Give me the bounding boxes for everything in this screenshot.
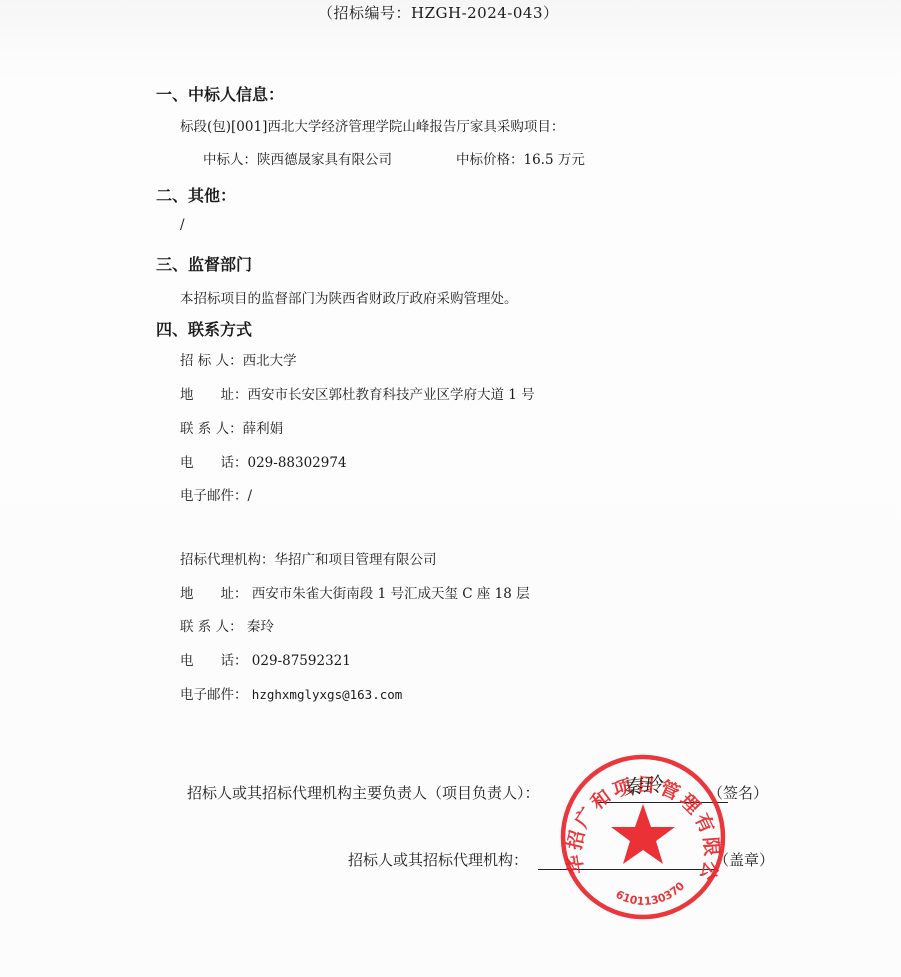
agency-address-label: 地 址： bbox=[180, 586, 248, 602]
tenderer-address-row: 地 址：西安市长安区郭杜教育科技产业区学府大道 1 号 bbox=[180, 383, 535, 403]
winner-value: 陕西德晟家具有限公司 bbox=[257, 152, 392, 168]
seal-label: 招标人或其招标代理机构： bbox=[348, 849, 528, 870]
tenderer-name-value: 西北大学 bbox=[243, 353, 297, 369]
other-content: / bbox=[180, 217, 185, 233]
tenderer-phone-label: 电 话： bbox=[180, 455, 248, 471]
tenderer-address-label: 地 址： bbox=[180, 387, 248, 403]
tenderer-address-value: 西安市长安区郭杜教育科技产业区学府大道 1 号 bbox=[248, 387, 535, 403]
agency-email-row: 电子邮件： hzghxmglyxgs@163.com bbox=[180, 683, 402, 703]
winner-row: 中标人：陕西德晟家具有限公司 bbox=[203, 148, 392, 168]
price-row: 中标价格：16.5 万元 bbox=[456, 148, 585, 168]
tenderer-email-value: / bbox=[248, 488, 253, 504]
section-heading-winner-info: 一、中标人信息： bbox=[156, 82, 284, 105]
tenderer-email-label: 电子邮件： bbox=[180, 488, 248, 504]
agency-phone-value: 029-87592321 bbox=[252, 653, 351, 669]
tenderer-phone-row: 电 话：029-88302974 bbox=[180, 451, 347, 471]
responsible-label: 招标人或其招标代理机构主要负责人（项目负责人）： bbox=[187, 782, 540, 803]
tenderer-contact-row: 联 系 人：薛利娟 bbox=[180, 417, 283, 437]
tenderer-contact-value: 薛利娟 bbox=[243, 421, 284, 437]
price-value: 16.5 万元 bbox=[524, 152, 585, 168]
agency-phone-row: 电 话： 029-87592321 bbox=[180, 649, 351, 669]
agency-contact-row: 联 系 人： 秦玲 bbox=[180, 615, 274, 635]
supervision-content: 本招标项目的监督部门为陕西省财政厅政府采购管理处。 bbox=[180, 287, 518, 307]
svg-text:6101130370: 6101130370 bbox=[614, 879, 688, 908]
winner-label: 中标人： bbox=[203, 152, 257, 168]
agency-name-label: 招标代理机构： bbox=[180, 552, 275, 568]
agency-email-label: 电子邮件： bbox=[180, 687, 248, 703]
agency-name-row: 招标代理机构：华招广和项目管理有限公司 bbox=[180, 548, 437, 568]
star-icon bbox=[611, 804, 675, 864]
tender-number: （招标编号：HZGH-2024-043） bbox=[318, 2, 559, 23]
handwritten-signature: 秦玲 bbox=[621, 768, 664, 801]
agency-contact-value: 秦玲 bbox=[247, 619, 274, 635]
agency-address-value: 西安市朱雀大街南段 1 号汇成天玺 C 座 18 层 bbox=[252, 586, 530, 602]
tenderer-name-row: 招 标 人：西北大学 bbox=[180, 349, 297, 369]
lot-line: 标段(包)[001]西北大学经济管理学院山峰报告厅家具采购项目： bbox=[180, 115, 564, 135]
tenderer-contact-label: 联 系 人： bbox=[180, 421, 243, 437]
tenderer-phone-value: 029-88302974 bbox=[248, 455, 347, 471]
price-label: 中标价格： bbox=[456, 152, 524, 168]
document-page: （招标编号：HZGH-2024-043） 一、中标人信息： 标段(包)[001]… bbox=[0, 0, 901, 977]
agency-email-value: hzghxmglyxgs@163.com bbox=[252, 687, 403, 702]
tenderer-email-row: 电子邮件：/ bbox=[180, 484, 252, 504]
tenderer-name-label: 招 标 人： bbox=[180, 353, 243, 369]
section-heading-other: 二、其他： bbox=[156, 183, 236, 206]
section-heading-supervision: 三、监督部门 bbox=[156, 252, 252, 275]
agency-contact-label: 联 系 人： bbox=[180, 619, 243, 635]
agency-phone-label: 电 话： bbox=[180, 653, 248, 669]
agency-name-value: 华招广和项目管理有限公司 bbox=[275, 552, 437, 568]
section-heading-contact: 四、联系方式 bbox=[156, 317, 252, 340]
agency-address-row: 地 址： 西安市朱雀大街南段 1 号汇成天玺 C 座 18 层 bbox=[180, 582, 530, 602]
